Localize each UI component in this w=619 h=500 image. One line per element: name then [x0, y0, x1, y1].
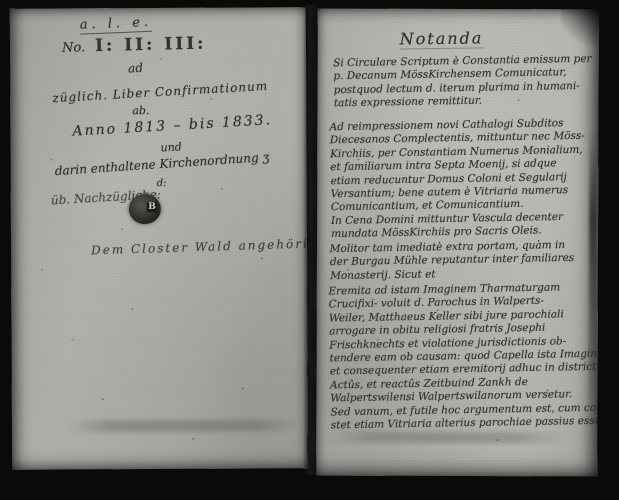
ownership-line: Dem Closter Wald angehörig. — [91, 236, 308, 257]
volume-title-line: züglich. Liber Confirmationum — [52, 79, 268, 105]
series-numerals: I: II: III: — [95, 33, 207, 56]
page-title: Notanda — [400, 28, 484, 49]
word-und: und — [160, 140, 182, 154]
manuscript-scan-photo: a. l. e. No.I: II: III: ad züglich. Libe… — [0, 0, 619, 500]
bleedthrough-smudge — [328, 432, 563, 444]
word-ad: ad — [128, 61, 144, 76]
spine-blot — [307, 420, 316, 470]
paper-speckles — [10, 9, 12, 11]
series-line: No.I: II: III: — [62, 33, 207, 56]
spine-blot — [307, 350, 316, 390]
spine-blot — [307, 180, 316, 214]
paragraph-eremita: Eremita ad istam Imaginem Tharmaturgam C… — [328, 281, 598, 433]
right-page: Notanda Si Circulare Scriptum è Constant… — [316, 9, 599, 477]
paper-speckles — [318, 9, 320, 11]
header-note: a. l. e. — [80, 15, 153, 35]
ink-seal-blot: B — [129, 194, 161, 224]
left-page: a. l. e. No.I: II: III: ad züglich. Libe… — [10, 7, 308, 470]
paragraph-molitor: Molitor tam imediatè extra portam, quàm … — [330, 239, 575, 283]
series-prefix: No. — [62, 40, 85, 56]
seal-label: B — [147, 202, 157, 212]
corner-shadow — [561, 9, 599, 56]
years-line: Anno 1813 – bis 1833. — [72, 112, 272, 139]
word-ab: ab. — [132, 104, 149, 117]
paragraph-cena-domini: In Cena Domini mittuntur Vascula decente… — [331, 211, 564, 242]
paragraph-circulare: Si Circulare Scriptum è Constantia emiss… — [333, 53, 592, 111]
spine-blot — [307, 275, 316, 319]
paragraph-cathalogi: Ad reimpressionem novi Cathalogi Subdito… — [329, 117, 586, 215]
bleedthrough-smudge — [67, 419, 302, 432]
